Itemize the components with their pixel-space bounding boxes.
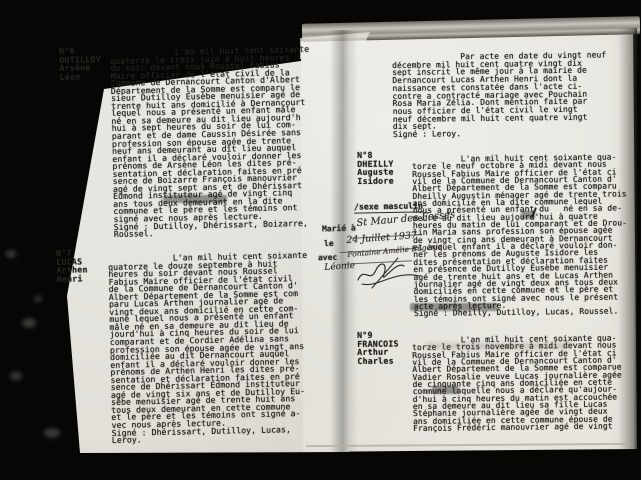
- ink-smudge-overstrike: [410, 303, 498, 311]
- ink-smudge-overstrike: [163, 195, 227, 203]
- entry-n7-text: L'an mil huit cent soixante quatorze le …: [108, 251, 347, 445]
- stamp-label-le: le: [324, 239, 334, 248]
- scan-noise-blob: [10, 372, 22, 380]
- scan-noise-blob: [6, 250, 16, 258]
- entry-n8-text: L'an mil huit cent soixante qua- torze l…: [412, 153, 641, 317]
- scan-noise-blob: [22, 318, 36, 328]
- margin-label-n6: N°6 DUTILLOY Arsène Léon: [59, 46, 101, 81]
- margin-label-n9: N°9 FRANCOIS Arthur Charles: [357, 330, 399, 365]
- stamp-label-marie-a: Marié à: [322, 224, 356, 234]
- scan-noise-blob: [34, 296, 42, 302]
- handwritten-signature: [352, 256, 424, 292]
- scan-noise-blob: [44, 428, 60, 438]
- margin-label-n8: N°8 DHEILLY Auguste Isidore: [357, 151, 394, 186]
- document-scan: N°6 DUTILLOY Arsène Léon L'an mil huit c…: [0, 0, 641, 480]
- handwritten-spouse-given-name: Léonie: [324, 261, 355, 273]
- stamp-label-avec: avec: [318, 253, 337, 263]
- sexe-masculin-annotation: /sexe masculin: [354, 200, 423, 213]
- ink-smudge-overstrike: [521, 211, 535, 219]
- faint-print-streak: [425, 343, 570, 349]
- marriage-marginal-note-text: Par acte en date du vingt neuf décembre …: [392, 51, 633, 139]
- entry-n6-text: L'an mil huit cent soixante quatorze le …: [110, 45, 346, 238]
- margin-label-n7: N°7 LUCAS Arthen Henri: [56, 248, 88, 283]
- ink-smudge-overstrike: [432, 386, 459, 394]
